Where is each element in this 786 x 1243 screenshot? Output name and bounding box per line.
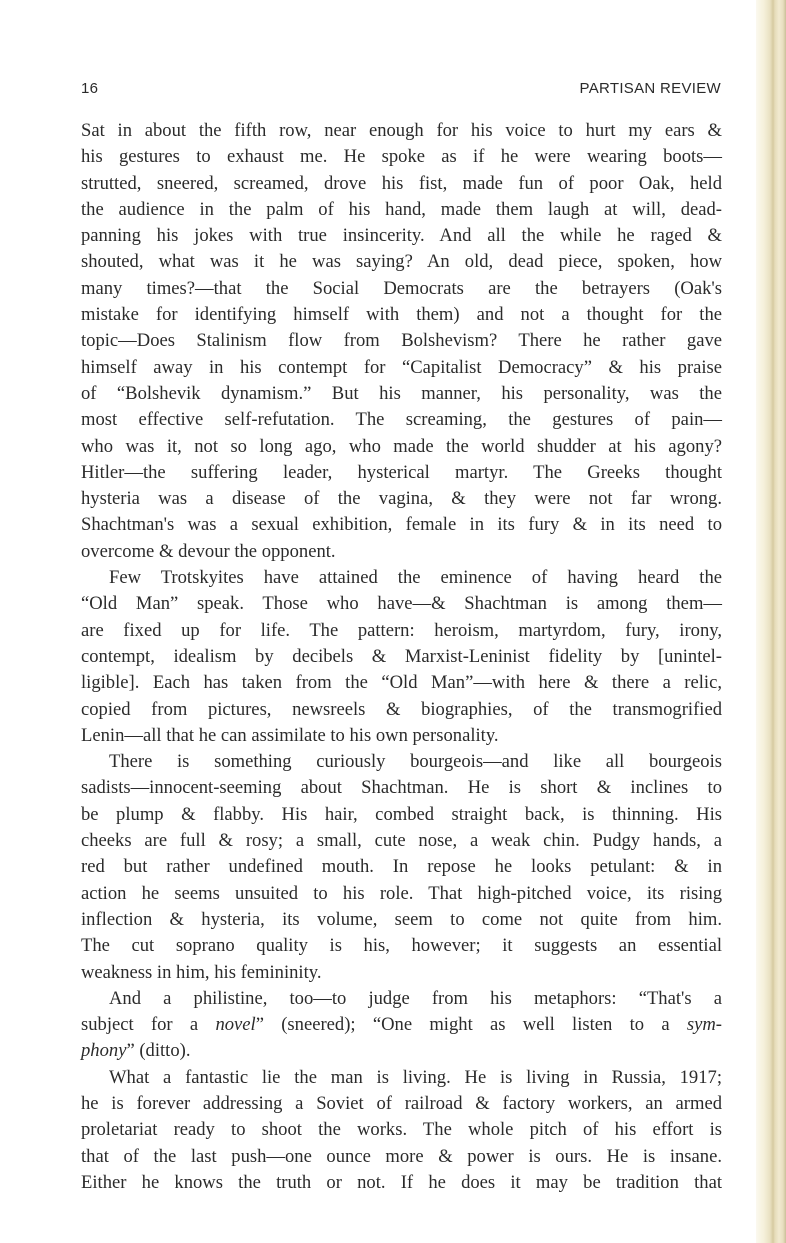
text-line: himself away in his contempt for “Capita… <box>81 355 722 381</box>
text-line: contempt, idealism by decibels & Marxist… <box>81 644 722 670</box>
body-text: Sat in about the fifth row, near enough … <box>81 118 722 1196</box>
text-line: the audience in the palm of his hand, ma… <box>81 197 722 223</box>
text-line: weakness in him, his femininity. <box>81 960 722 986</box>
text-line: phony” (ditto). <box>81 1038 722 1064</box>
text-line: red but rather undefined mouth. In repos… <box>81 854 722 880</box>
italic-word-symphony-part1: sym- <box>687 1014 722 1035</box>
text-line: hysteria was a disease of the vagina, & … <box>81 486 722 512</box>
text-line: Either he knows the truth or not. If he … <box>81 1170 722 1196</box>
running-head: 16 PARTISAN REVIEW <box>81 78 721 98</box>
text-line: ligible]. Each has taken from the “Old M… <box>81 670 722 696</box>
text-line: Hitler—the suffering leader, hysterical … <box>81 460 722 486</box>
text-line: strutted, sneered, screamed, drove his f… <box>81 171 722 197</box>
italic-word-symphony-part2: phony <box>81 1040 126 1061</box>
text-line: proletariat ready to shoot the works. Th… <box>81 1117 722 1143</box>
text-line: action he seems unsuited to his role. Th… <box>81 881 722 907</box>
text-line: inflection & hysteria, its volume, seem … <box>81 907 722 933</box>
text-line: And a philistine, too—to judge from his … <box>81 986 722 1012</box>
journal-title: PARTISAN REVIEW <box>580 80 721 97</box>
text-line: panning his jokes with true insincerity.… <box>81 223 722 249</box>
text-line: mistake for identifying himself with the… <box>81 302 722 328</box>
text-line: Few Trotskyites have attained the eminen… <box>81 565 722 591</box>
text-line: Lenin—all that he can assimilate to his … <box>81 723 722 749</box>
text-line: he is forever addressing a Soviet of rai… <box>81 1091 722 1117</box>
document-page: 16 PARTISAN REVIEW Sat in about the fift… <box>0 0 786 1243</box>
line-text: ” (sneered); “One might as well listen t… <box>256 1014 687 1035</box>
text-line: that of the last push—one ounce more & p… <box>81 1144 722 1170</box>
text-line: overcome & devour the opponent. <box>81 539 722 565</box>
line-text: subject for a <box>81 1014 215 1035</box>
italic-word-novel: novel <box>215 1014 255 1035</box>
text-line: be plump & flabby. His hair, combed stra… <box>81 802 722 828</box>
text-line: shouted, what was it he was saying? An o… <box>81 249 722 275</box>
text-line: of “Bolshevik dynamism.” But his manner,… <box>81 381 722 407</box>
text-line: most effective self-refutation. The scre… <box>81 407 722 433</box>
text-line: sadists—innocent-seeming about Shachtman… <box>81 775 722 801</box>
text-line: Sat in about the fifth row, near enough … <box>81 118 722 144</box>
text-line: There is something curiously bourgeois—a… <box>81 749 722 775</box>
text-line: The cut soprano quality is his, however;… <box>81 933 722 959</box>
text-line: cheeks are full & rosy; a small, cute no… <box>81 828 722 854</box>
text-line: topic—Does Stalinism flow from Bolshevis… <box>81 328 722 354</box>
text-line: are fixed up for life. The pattern: hero… <box>81 618 722 644</box>
line-text: ” (ditto). <box>126 1040 190 1061</box>
text-line: What a fantastic lie the man is living. … <box>81 1065 722 1091</box>
text-line: many times?—that the Social Democrats ar… <box>81 276 722 302</box>
paragraphs-group-2: What a fantastic lie the man is living. … <box>81 1065 722 1196</box>
page-number: 16 <box>81 80 98 97</box>
paragraphs-group-1: Sat in about the fifth row, near enough … <box>81 118 722 986</box>
text-line: subject for a novel” (sneered); “One mig… <box>81 1012 722 1038</box>
text-line: his gestures to exhaust me. He spoke as … <box>81 144 722 170</box>
text-line: “Old Man” speak. Those who have—& Shacht… <box>81 591 722 617</box>
text-line: Shachtman's was a sexual exhibition, fem… <box>81 512 722 538</box>
text-line: who was it, not so long ago, who made th… <box>81 434 722 460</box>
page-binding-edge <box>756 0 786 1243</box>
line-text: And a philistine, too—to judge from his … <box>109 988 722 1009</box>
text-line: copied from pictures, newsreels & biogra… <box>81 697 722 723</box>
